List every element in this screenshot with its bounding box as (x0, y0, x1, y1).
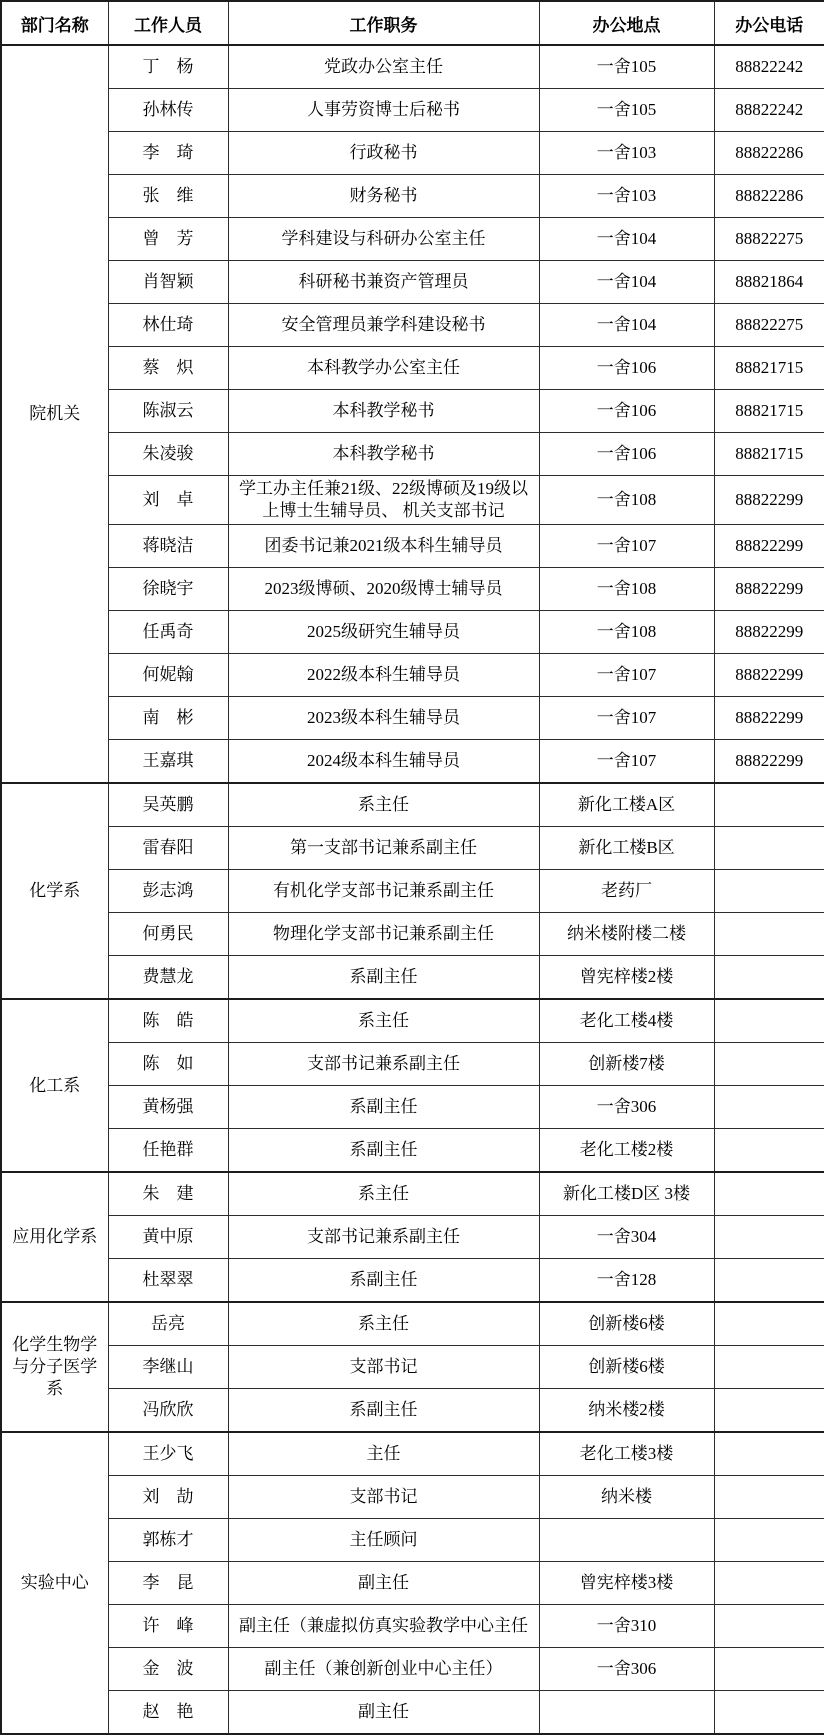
office-phone-cell (714, 1302, 824, 1346)
job-title-cell: 系主任 (228, 783, 539, 827)
staff-name-cell: 冯欣欣 (108, 1389, 228, 1433)
table-row: 许 峰副主任（兼虚拟仿真实验教学中心主任一舍310 (1, 1605, 824, 1648)
office-phone-cell (714, 1043, 824, 1086)
office-location-cell (539, 1691, 714, 1735)
job-title-cell: 副主任（兼创新创业中心主任） (228, 1648, 539, 1691)
office-location-cell: 新化工楼D区 3楼 (539, 1172, 714, 1216)
table-row: 彭志鸿有机化学支部书记兼系副主任老药厂 (1, 870, 824, 913)
job-title-cell: 科研秘书兼资产管理员 (228, 261, 539, 304)
staff-name-cell: 任禹奇 (108, 611, 228, 654)
table-row: 郭栋才主任顾问 (1, 1519, 824, 1562)
staff-name-cell: 陈 皓 (108, 999, 228, 1043)
office-phone-cell: 88822299 (714, 697, 824, 740)
staff-name-cell: 肖智颖 (108, 261, 228, 304)
table-row: 应用化学系朱 建系主任新化工楼D区 3楼 (1, 1172, 824, 1216)
table-row: 孙林传人事劳资博士后秘书一舍10588822242 (1, 89, 824, 132)
table-row: 雷春阳第一支部书记兼系副主任新化工楼B区 (1, 827, 824, 870)
staff-name-cell: 曾 芳 (108, 218, 228, 261)
job-title-cell: 学科建设与科研办公室主任 (228, 218, 539, 261)
department-cell: 化学系 (1, 783, 108, 999)
office-location-cell: 一舍306 (539, 1086, 714, 1129)
table-row: 实验中心王少飞主任老化工楼3楼 (1, 1432, 824, 1476)
office-phone-cell: 88821864 (714, 261, 824, 304)
staff-name-cell: 陈淑云 (108, 390, 228, 433)
office-phone-cell (714, 1086, 824, 1129)
office-phone-cell: 88822299 (714, 525, 824, 568)
staff-name-cell: 郭栋才 (108, 1519, 228, 1562)
office-location-cell: 一舍105 (539, 89, 714, 132)
staff-name-cell: 李继山 (108, 1346, 228, 1389)
staff-name-cell: 丁 杨 (108, 45, 228, 89)
staff-name-cell: 费慧龙 (108, 956, 228, 1000)
job-title-cell: 支部书记兼系副主任 (228, 1216, 539, 1259)
office-location-cell: 一舍104 (539, 304, 714, 347)
office-location-cell: 一舍105 (539, 45, 714, 89)
job-title-cell: 本科教学秘书 (228, 433, 539, 476)
job-title-cell: 有机化学支部书记兼系副主任 (228, 870, 539, 913)
job-title-cell: 第一支部书记兼系副主任 (228, 827, 539, 870)
job-title-cell: 主任顾问 (228, 1519, 539, 1562)
office-phone-cell (714, 999, 824, 1043)
office-phone-cell (714, 1476, 824, 1519)
department-cell: 化学生物学与分子医学系 (1, 1302, 108, 1432)
office-phone-cell: 88822242 (714, 89, 824, 132)
office-phone-cell (714, 1259, 824, 1303)
staff-name-cell: 任艳群 (108, 1129, 228, 1173)
department-cell: 化工系 (1, 999, 108, 1172)
table-row: 院机关丁 杨党政办公室主任一舍10588822242 (1, 45, 824, 89)
header-department-name: 部门名称 (1, 1, 108, 45)
office-phone-cell (714, 1172, 824, 1216)
table-row: 杜翠翠系副主任一舍128 (1, 1259, 824, 1303)
table-row: 化学系吴英鹏系主任新化工楼A区 (1, 783, 824, 827)
job-title-cell: 副主任（兼虚拟仿真实验教学中心主任 (228, 1605, 539, 1648)
staff-name-cell: 赵 艳 (108, 1691, 228, 1735)
office-phone-cell (714, 870, 824, 913)
table-row: 张 维财务秘书一舍10388822286 (1, 175, 824, 218)
office-location-cell: 一舍106 (539, 433, 714, 476)
job-title-cell: 2024级本科生辅导员 (228, 740, 539, 784)
office-phone-cell (714, 827, 824, 870)
table-header: 部门名称 工作人员 工作职务 办公地点 办公电话 (1, 1, 824, 45)
office-location-cell (539, 1519, 714, 1562)
staff-directory-page: 部门名称 工作人员 工作职务 办公地点 办公电话 院机关丁 杨党政办公室主任一舍… (0, 0, 824, 1735)
office-location-cell: 老化工楼3楼 (539, 1432, 714, 1476)
table-row: 费慧龙系副主任曾宪梓楼2楼 (1, 956, 824, 1000)
job-title-cell: 行政秘书 (228, 132, 539, 175)
table-row: 任禹奇2025级研究生辅导员一舍10888822299 (1, 611, 824, 654)
office-location-cell: 一舍103 (539, 175, 714, 218)
header-row: 部门名称 工作人员 工作职务 办公地点 办公电话 (1, 1, 824, 45)
job-title-cell: 系副主任 (228, 1389, 539, 1433)
office-phone-cell: 88822299 (714, 740, 824, 784)
staff-name-cell: 孙林传 (108, 89, 228, 132)
office-location-cell: 新化工楼A区 (539, 783, 714, 827)
header-office-location: 办公地点 (539, 1, 714, 45)
table-row: 黄中原支部书记兼系副主任一舍304 (1, 1216, 824, 1259)
table-row: 朱凌骏本科教学秘书一舍10688821715 (1, 433, 824, 476)
staff-name-cell: 黄中原 (108, 1216, 228, 1259)
job-title-cell: 2022级本科生辅导员 (228, 654, 539, 697)
table-row: 黄杨强系副主任一舍306 (1, 1086, 824, 1129)
staff-name-cell: 刘 卓 (108, 476, 228, 525)
table-row: 徐晓宇2023级博硕、2020级博士辅导员一舍10888822299 (1, 568, 824, 611)
office-location-cell: 一舍108 (539, 611, 714, 654)
staff-name-cell: 岳亮 (108, 1302, 228, 1346)
job-title-cell: 支部书记 (228, 1346, 539, 1389)
table-row: 化学生物学与分子医学系岳亮系主任创新楼6楼 (1, 1302, 824, 1346)
table-row: 李继山支部书记创新楼6楼 (1, 1346, 824, 1389)
job-title-cell: 2023级博硕、2020级博士辅导员 (228, 568, 539, 611)
table-row: 曾 芳学科建设与科研办公室主任一舍10488822275 (1, 218, 824, 261)
staff-name-cell: 金 波 (108, 1648, 228, 1691)
office-phone-cell: 88822299 (714, 476, 824, 525)
office-location-cell: 一舍107 (539, 697, 714, 740)
office-location-cell: 一舍103 (539, 132, 714, 175)
office-phone-cell (714, 1691, 824, 1735)
office-phone-cell (714, 1519, 824, 1562)
office-location-cell: 一舍108 (539, 476, 714, 525)
job-title-cell: 副主任 (228, 1691, 539, 1735)
office-phone-cell: 88822242 (714, 45, 824, 89)
department-contact-table: 部门名称 工作人员 工作职务 办公地点 办公电话 院机关丁 杨党政办公室主任一舍… (0, 0, 824, 1735)
office-phone-cell: 88822299 (714, 611, 824, 654)
staff-name-cell: 南 彬 (108, 697, 228, 740)
office-location-cell: 一舍108 (539, 568, 714, 611)
office-location-cell: 一舍104 (539, 261, 714, 304)
office-phone-cell: 88822275 (714, 304, 824, 347)
department-cell: 院机关 (1, 45, 108, 783)
office-phone-cell: 88821715 (714, 347, 824, 390)
office-location-cell: 曾宪梓楼3楼 (539, 1562, 714, 1605)
office-location-cell: 新化工楼B区 (539, 827, 714, 870)
job-title-cell: 系副主任 (228, 956, 539, 1000)
table-row: 陈淑云本科教学秘书一舍10688821715 (1, 390, 824, 433)
table-row: 刘 劼支部书记纳米楼 (1, 1476, 824, 1519)
staff-name-cell: 吴英鹏 (108, 783, 228, 827)
office-location-cell: 一舍104 (539, 218, 714, 261)
job-title-cell: 系主任 (228, 1302, 539, 1346)
office-location-cell: 老化工楼4楼 (539, 999, 714, 1043)
office-location-cell: 纳米楼 (539, 1476, 714, 1519)
office-phone-cell (714, 783, 824, 827)
job-title-cell: 系主任 (228, 1172, 539, 1216)
table-row: 蒋晓洁团委书记兼2021级本科生辅导员一舍10788822299 (1, 525, 824, 568)
table-row: 李 琦行政秘书一舍10388822286 (1, 132, 824, 175)
staff-name-cell: 何妮翰 (108, 654, 228, 697)
job-title-cell: 2025级研究生辅导员 (228, 611, 539, 654)
office-location-cell: 一舍107 (539, 654, 714, 697)
header-office-phone: 办公电话 (714, 1, 824, 45)
staff-name-cell: 何勇民 (108, 913, 228, 956)
office-phone-cell (714, 1129, 824, 1173)
office-location-cell: 创新楼6楼 (539, 1346, 714, 1389)
table-body: 院机关丁 杨党政办公室主任一舍10588822242孙林传人事劳资博士后秘书一舍… (1, 45, 824, 1734)
staff-name-cell: 李 昆 (108, 1562, 228, 1605)
staff-name-cell: 蒋晓洁 (108, 525, 228, 568)
staff-name-cell: 林仕琦 (108, 304, 228, 347)
staff-name-cell: 朱 建 (108, 1172, 228, 1216)
job-title-cell: 物理化学支部书记兼系副主任 (228, 913, 539, 956)
job-title-cell: 党政办公室主任 (228, 45, 539, 89)
office-phone-cell (714, 1346, 824, 1389)
job-title-cell: 人事劳资博士后秘书 (228, 89, 539, 132)
job-title-cell: 安全管理员兼学科建设秘书 (228, 304, 539, 347)
job-title-cell: 主任 (228, 1432, 539, 1476)
staff-name-cell: 黄杨强 (108, 1086, 228, 1129)
staff-name-cell: 彭志鸿 (108, 870, 228, 913)
table-row: 化工系陈 皓系主任老化工楼4楼 (1, 999, 824, 1043)
staff-name-cell: 雷春阳 (108, 827, 228, 870)
table-row: 蔡 炽本科教学办公室主任一舍10688821715 (1, 347, 824, 390)
table-row: 肖智颖科研秘书兼资产管理员一舍10488821864 (1, 261, 824, 304)
office-location-cell: 纳米楼2楼 (539, 1389, 714, 1433)
job-title-cell: 系副主任 (228, 1259, 539, 1303)
header-job-title: 工作职务 (228, 1, 539, 45)
job-title-cell: 系主任 (228, 999, 539, 1043)
department-cell: 实验中心 (1, 1432, 108, 1734)
job-title-cell: 本科教学办公室主任 (228, 347, 539, 390)
office-phone-cell (714, 1605, 824, 1648)
staff-name-cell: 张 维 (108, 175, 228, 218)
table-row: 林仕琦安全管理员兼学科建设秘书一舍10488822275 (1, 304, 824, 347)
office-location-cell: 一舍304 (539, 1216, 714, 1259)
office-location-cell: 一舍107 (539, 525, 714, 568)
office-location-cell: 一舍128 (539, 1259, 714, 1303)
staff-name-cell: 杜翠翠 (108, 1259, 228, 1303)
staff-name-cell: 徐晓宇 (108, 568, 228, 611)
office-location-cell: 一舍106 (539, 347, 714, 390)
job-title-cell: 财务秘书 (228, 175, 539, 218)
office-location-cell: 创新楼6楼 (539, 1302, 714, 1346)
table-row: 王嘉琪2024级本科生辅导员一舍10788822299 (1, 740, 824, 784)
office-location-cell: 老药厂 (539, 870, 714, 913)
office-location-cell: 一舍310 (539, 1605, 714, 1648)
table-row: 何勇民物理化学支部书记兼系副主任纳米楼附楼二楼 (1, 913, 824, 956)
office-phone-cell (714, 1389, 824, 1433)
office-phone-cell (714, 1432, 824, 1476)
table-row: 何妮翰2022级本科生辅导员一舍10788822299 (1, 654, 824, 697)
staff-name-cell: 李 琦 (108, 132, 228, 175)
job-title-cell: 本科教学秘书 (228, 390, 539, 433)
office-phone-cell: 88822299 (714, 654, 824, 697)
table-row: 李 昆副主任曾宪梓楼3楼 (1, 1562, 824, 1605)
office-phone-cell (714, 1216, 824, 1259)
office-phone-cell: 88821715 (714, 390, 824, 433)
office-phone-cell (714, 956, 824, 1000)
office-phone-cell (714, 1562, 824, 1605)
table-row: 冯欣欣系副主任纳米楼2楼 (1, 1389, 824, 1433)
job-title-cell: 支部书记 (228, 1476, 539, 1519)
office-phone-cell: 88821715 (714, 433, 824, 476)
staff-name-cell: 许 峰 (108, 1605, 228, 1648)
job-title-cell: 支部书记兼系副主任 (228, 1043, 539, 1086)
staff-name-cell: 蔡 炽 (108, 347, 228, 390)
job-title-cell: 系副主任 (228, 1129, 539, 1173)
office-phone-cell: 88822299 (714, 568, 824, 611)
staff-name-cell: 王少飞 (108, 1432, 228, 1476)
table-row: 陈 如支部书记兼系副主任创新楼7楼 (1, 1043, 824, 1086)
job-title-cell: 副主任 (228, 1562, 539, 1605)
table-row: 刘 卓学工办主任兼21级、22级博硕及19级以上博士生辅导员、 机关支部书记一舍… (1, 476, 824, 525)
table-row: 南 彬2023级本科生辅导员一舍10788822299 (1, 697, 824, 740)
office-phone-cell: 88822286 (714, 132, 824, 175)
office-location-cell: 一舍107 (539, 740, 714, 784)
office-phone-cell: 88822286 (714, 175, 824, 218)
office-location-cell: 纳米楼附楼二楼 (539, 913, 714, 956)
header-staff-name: 工作人员 (108, 1, 228, 45)
job-title-cell: 系副主任 (228, 1086, 539, 1129)
staff-name-cell: 陈 如 (108, 1043, 228, 1086)
job-title-cell: 学工办主任兼21级、22级博硕及19级以上博士生辅导员、 机关支部书记 (228, 476, 539, 525)
office-location-cell: 老化工楼2楼 (539, 1129, 714, 1173)
office-location-cell: 一舍306 (539, 1648, 714, 1691)
office-phone-cell (714, 1648, 824, 1691)
staff-name-cell: 王嘉琪 (108, 740, 228, 784)
office-phone-cell: 88822275 (714, 218, 824, 261)
table-row: 金 波副主任（兼创新创业中心主任）一舍306 (1, 1648, 824, 1691)
staff-name-cell: 刘 劼 (108, 1476, 228, 1519)
office-location-cell: 一舍106 (539, 390, 714, 433)
job-title-cell: 2023级本科生辅导员 (228, 697, 539, 740)
office-phone-cell (714, 913, 824, 956)
department-cell: 应用化学系 (1, 1172, 108, 1302)
table-row: 赵 艳副主任 (1, 1691, 824, 1735)
office-location-cell: 曾宪梓楼2楼 (539, 956, 714, 1000)
table-row: 任艳群系副主任老化工楼2楼 (1, 1129, 824, 1173)
office-location-cell: 创新楼7楼 (539, 1043, 714, 1086)
job-title-cell: 团委书记兼2021级本科生辅导员 (228, 525, 539, 568)
staff-name-cell: 朱凌骏 (108, 433, 228, 476)
